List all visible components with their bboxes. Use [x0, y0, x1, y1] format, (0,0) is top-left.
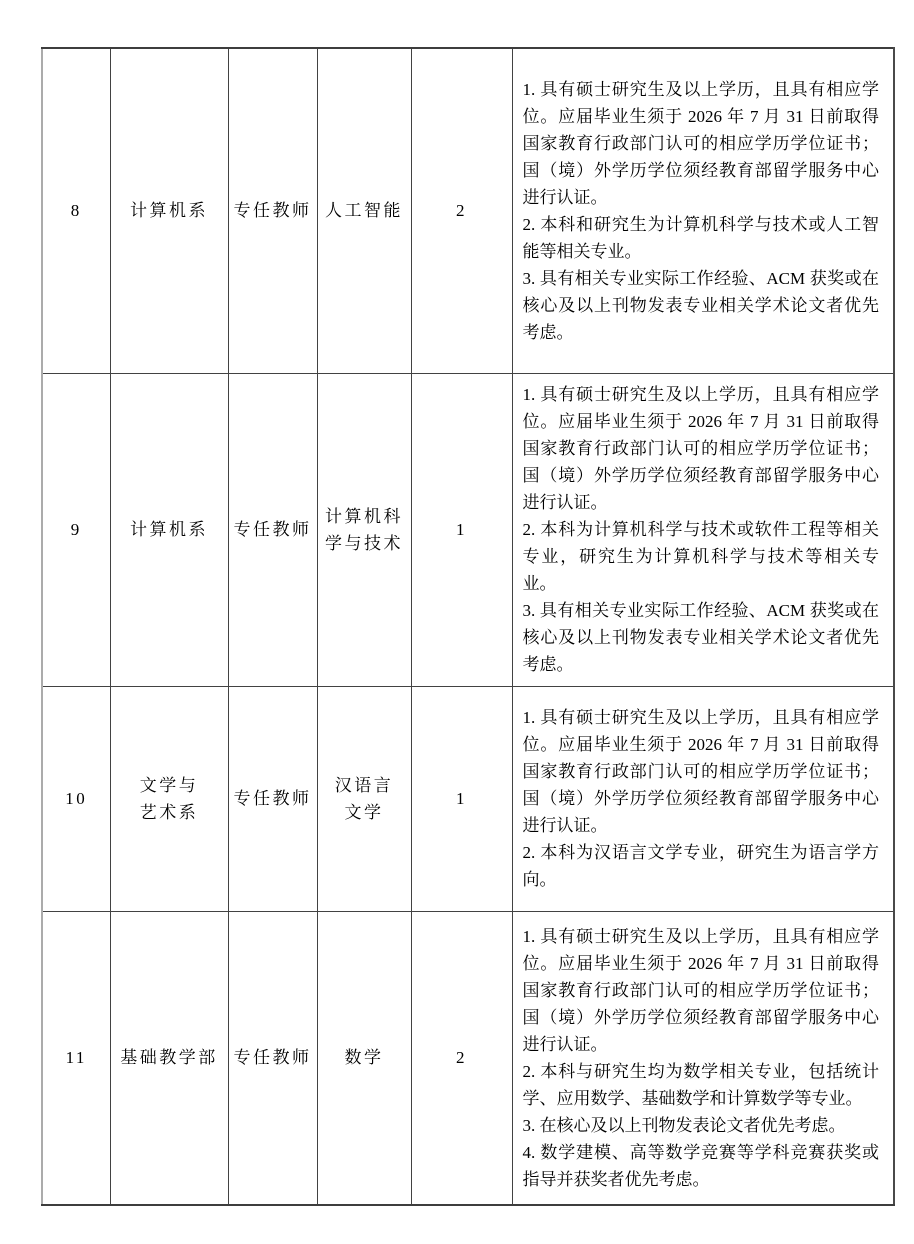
major-cell: 计算机科 学与技术 — [317, 373, 411, 686]
table-row: 8 计算机系 专任教师 人工智能 2 1. 具有硕士研究生及以上学历，且具有相应… — [42, 48, 894, 373]
position-type-cell: 专任教师 — [228, 48, 317, 373]
requirements-cell: 1. 具有硕士研究生及以上学历，且具有相应学位。应届毕业生须于 2026 年 7… — [512, 48, 894, 373]
table-row: 9 计算机系 专任教师 计算机科 学与技术 1 1. 具有硕士研究生及以上学历，… — [42, 373, 894, 686]
recruitment-positions-table: 8 计算机系 专任教师 人工智能 2 1. 具有硕士研究生及以上学历，且具有相应… — [41, 47, 895, 1206]
row-number-cell: 8 — [42, 48, 110, 373]
row-number-cell: 11 — [42, 911, 110, 1205]
requirements-cell: 1. 具有硕士研究生及以上学历，且具有相应学位。应届毕业生须于 2026 年 7… — [512, 373, 894, 686]
position-type-cell: 专任教师 — [228, 911, 317, 1205]
major-cell: 数学 — [317, 911, 411, 1205]
table-row: 11 基础教学部 专任教师 数学 2 1. 具有硕士研究生及以上学历，且具有相应… — [42, 911, 894, 1205]
table-row: 10 文学与 艺术系 专任教师 汉语言 文学 1 1. 具有硕士研究生及以上学历… — [42, 686, 894, 911]
requirements-cell: 1. 具有硕士研究生及以上学历，且具有相应学位。应届毕业生须于 2026 年 7… — [512, 686, 894, 911]
position-type-cell: 专任教师 — [228, 686, 317, 911]
row-number-cell: 9 — [42, 373, 110, 686]
department-cell: 基础教学部 — [110, 911, 228, 1205]
major-cell: 人工智能 — [317, 48, 411, 373]
position-type-cell: 专任教师 — [228, 373, 317, 686]
openings-cell: 1 — [411, 686, 512, 911]
openings-cell: 1 — [411, 373, 512, 686]
openings-cell: 2 — [411, 911, 512, 1205]
major-cell: 汉语言 文学 — [317, 686, 411, 911]
requirements-cell: 1. 具有硕士研究生及以上学历，且具有相应学位。应届毕业生须于 2026 年 7… — [512, 911, 894, 1205]
openings-cell: 2 — [411, 48, 512, 373]
row-number-cell: 10 — [42, 686, 110, 911]
department-cell: 文学与 艺术系 — [110, 686, 228, 911]
department-cell: 计算机系 — [110, 373, 228, 686]
department-cell: 计算机系 — [110, 48, 228, 373]
